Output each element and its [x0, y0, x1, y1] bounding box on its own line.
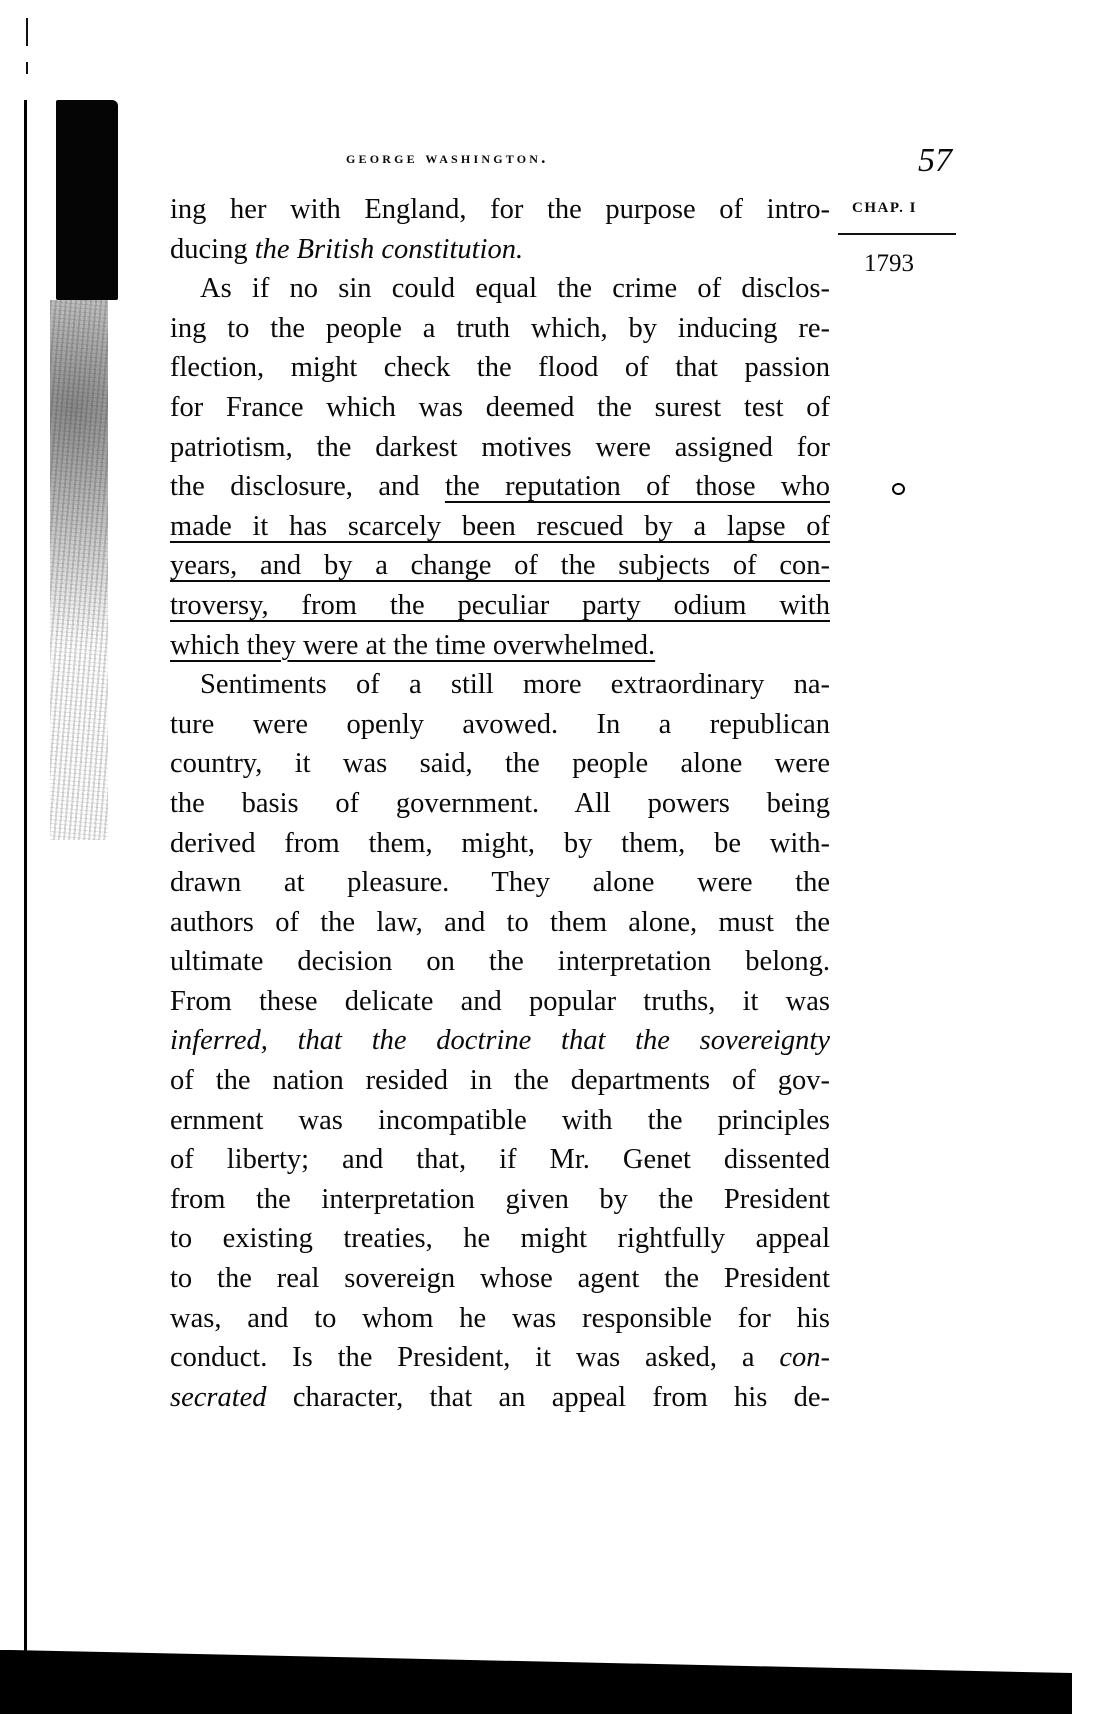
text-line: drawn at pleasure. They alone were the	[170, 863, 830, 903]
text-line: country, it was said, the people alone w…	[170, 744, 830, 784]
margin-year-label: 1793	[864, 250, 914, 278]
scan-page-edge-line	[24, 100, 27, 1660]
scan-binding-shadow	[56, 100, 118, 300]
running-head: GEORGE WASHINGTON.	[346, 148, 549, 168]
text-line: made it has scarcely been rescued by a l…	[170, 507, 830, 547]
text-line: patriotism, the darkest motives were ass…	[170, 428, 830, 468]
text-line: As if no sin could equal the crime of di…	[170, 269, 830, 309]
text-line: From these delicate and popular truths, …	[170, 982, 830, 1022]
scan-bottom-edge-shadow	[0, 1650, 1072, 1714]
scan-speckle-noise	[50, 300, 108, 840]
text-line: troversy, from the peculiar party odium …	[170, 586, 830, 626]
circle-mark-icon	[892, 483, 905, 495]
scan-edge-mark	[26, 18, 28, 46]
scan-edge-mark	[26, 62, 28, 74]
text-line: conduct. Is the President, it was asked,…	[170, 1338, 830, 1378]
text-line: ducing the British constitution.	[170, 230, 830, 270]
text-line: of liberty; and that, if Mr. Genet disse…	[170, 1140, 830, 1180]
margin-rule	[838, 233, 956, 235]
text-line: from the interpretation given by the Pre…	[170, 1180, 830, 1220]
body-text: ing her with England, for the purpose of…	[170, 190, 830, 1417]
text-line: ture were openly avowed. In a republican	[170, 705, 830, 745]
page-number: 57	[918, 142, 952, 180]
text-line: years, and by a change of the subjects o…	[170, 546, 830, 586]
text-line: of the nation resided in the departments…	[170, 1061, 830, 1101]
text-line: for France which was deemed the surest t…	[170, 388, 830, 428]
text-line: authors of the law, and to them alone, m…	[170, 903, 830, 943]
text-line: ultimate decision on the interpretation …	[170, 942, 830, 982]
margin-chapter-label: CHAP. I	[852, 200, 917, 217]
text-line: inferred, that the doctrine that the sov…	[170, 1021, 830, 1061]
text-line: was, and to whom he was responsible for …	[170, 1299, 830, 1339]
text-line: ernment was incompatible with the princi…	[170, 1101, 830, 1141]
text-line: Sentiments of a still more extraordinary…	[170, 665, 830, 705]
text-line: to existing treaties, he might rightfull…	[170, 1219, 830, 1259]
text-line: ing her with England, for the purpose of…	[170, 190, 830, 230]
text-line: derived from them, might, by them, be wi…	[170, 824, 830, 864]
text-line: flection, might check the flood of that …	[170, 348, 830, 388]
text-line: to the real sovereign whose agent the Pr…	[170, 1259, 830, 1299]
text-line: secrated character, that an appeal from …	[170, 1378, 830, 1418]
text-line: ing to the people a truth which, by indu…	[170, 309, 830, 349]
text-line: which they were at the time overwhelmed.	[170, 626, 830, 666]
text-line: the disclosure, and the reputation of th…	[170, 467, 830, 507]
text-line: the basis of government. All powers bein…	[170, 784, 830, 824]
